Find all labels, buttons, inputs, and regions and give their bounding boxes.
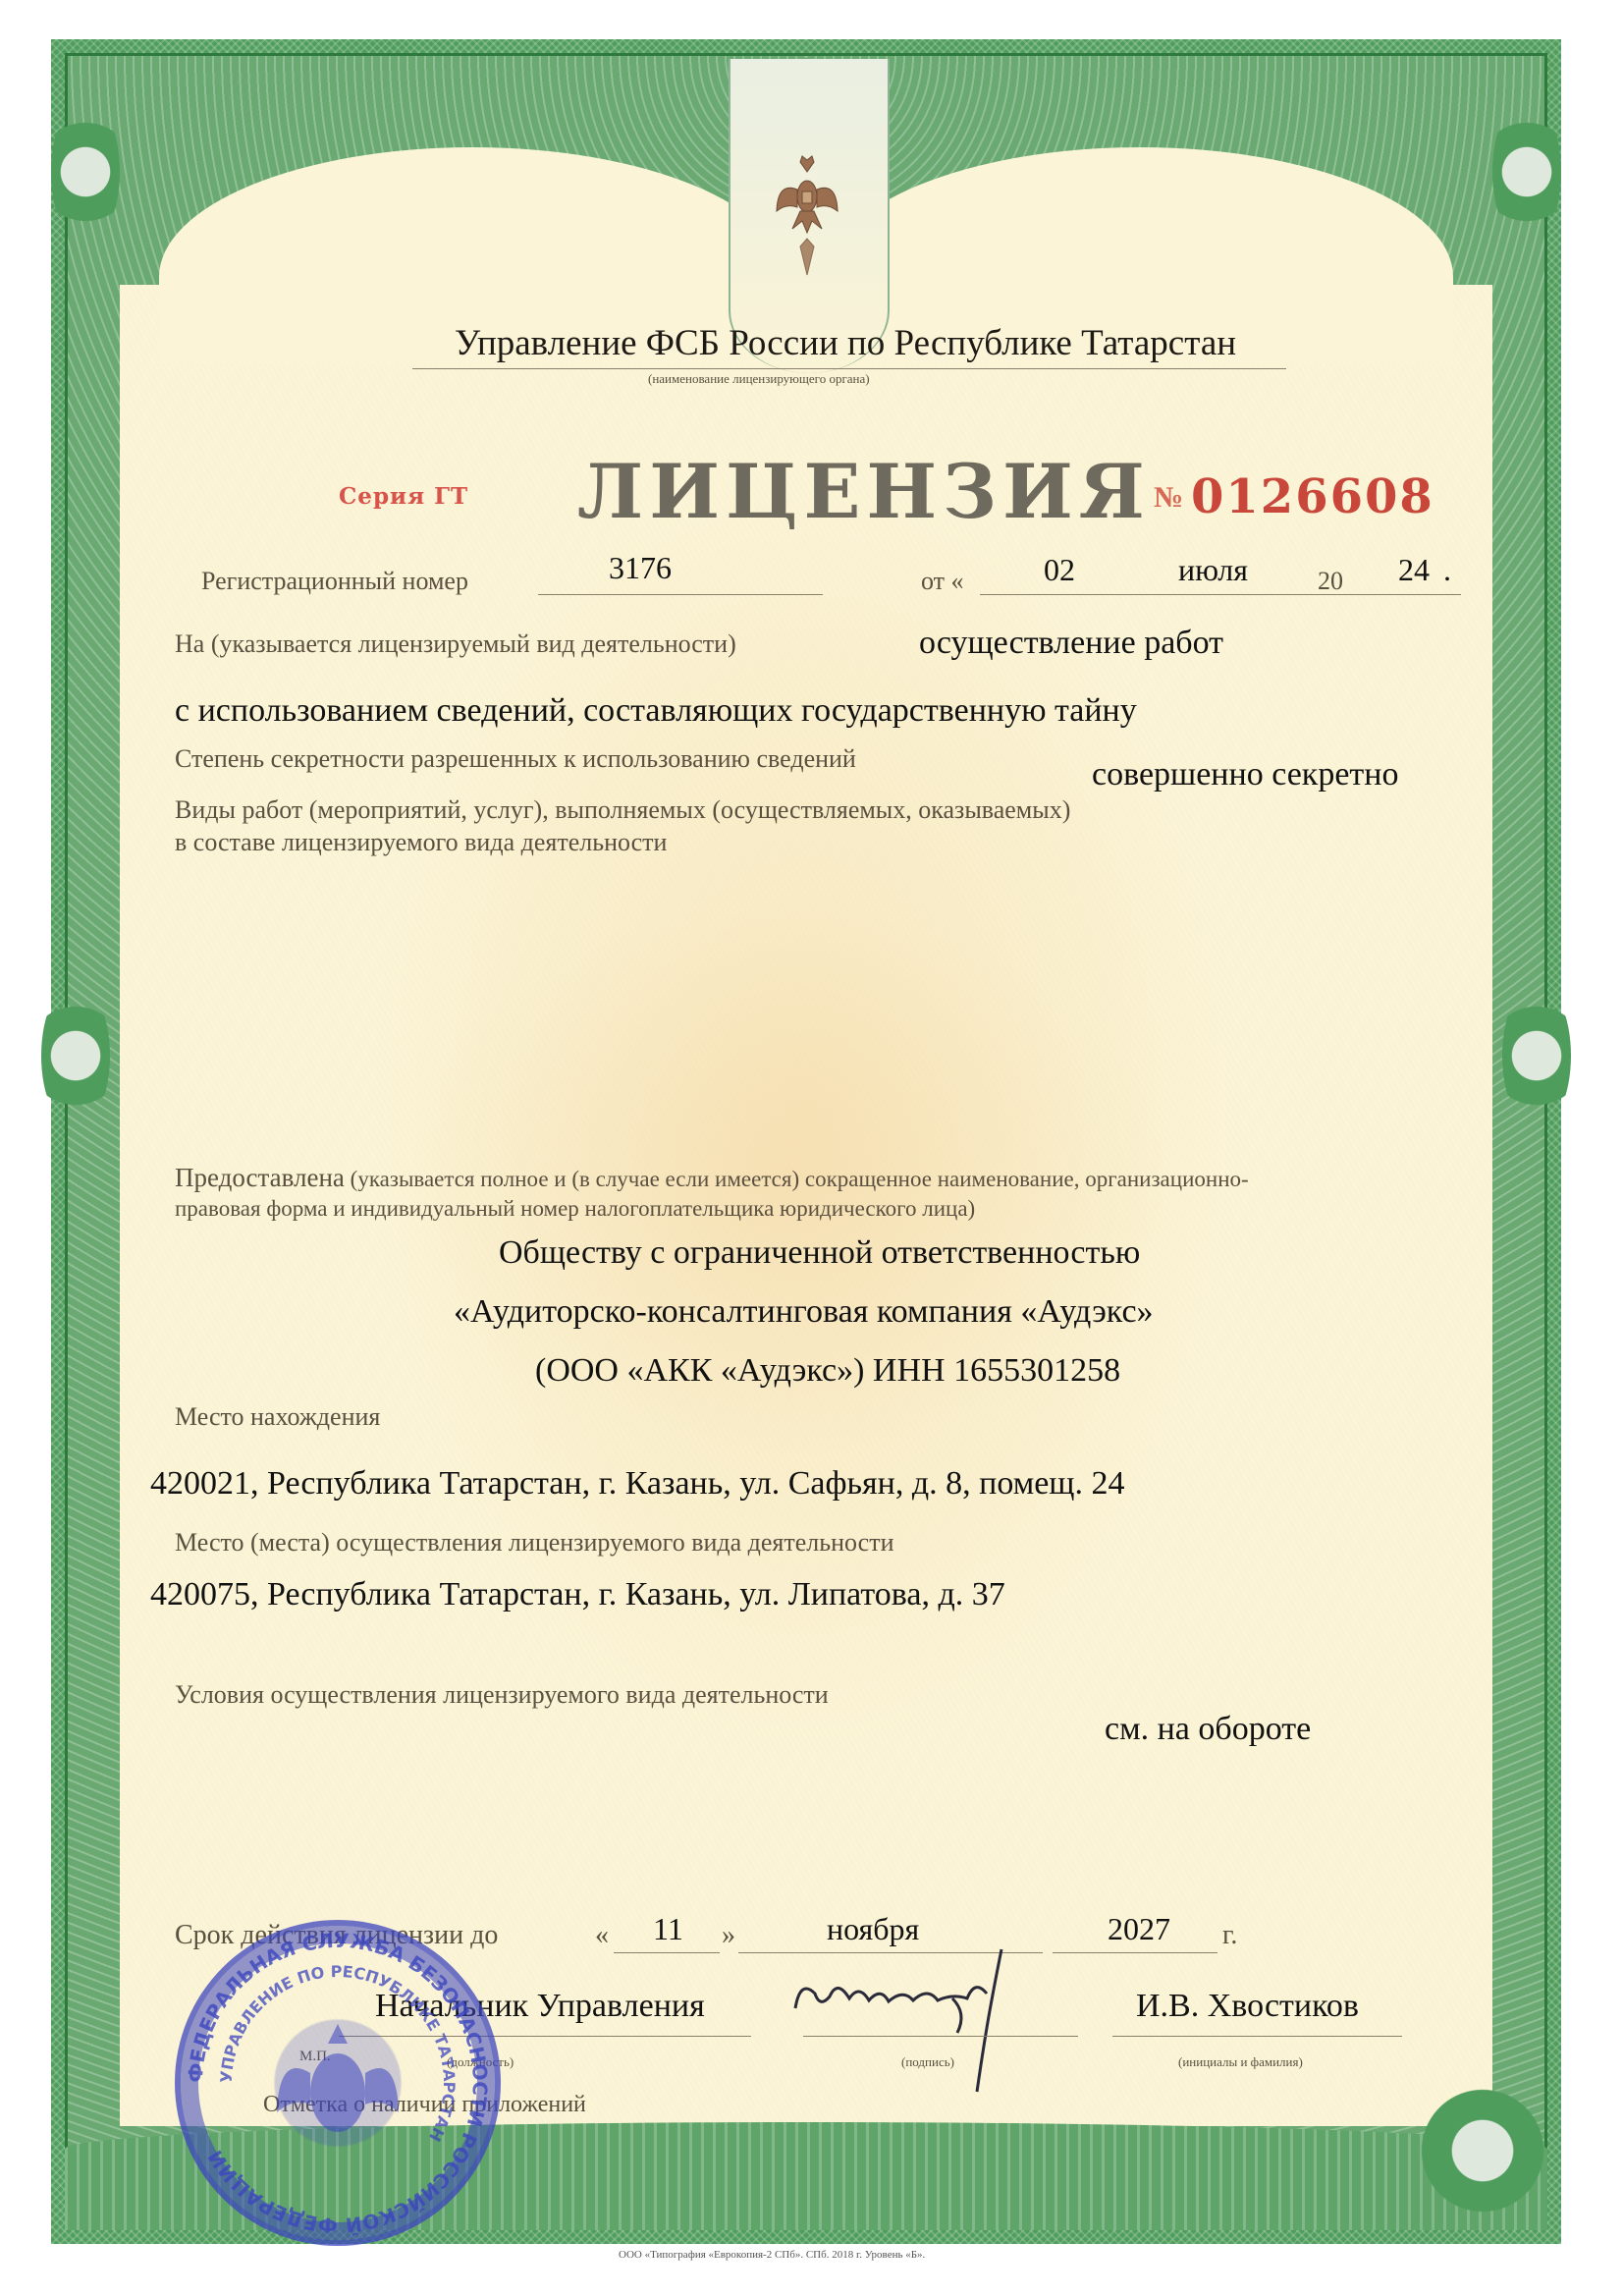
licensee-line2: «Аудиторско-консалтинговая компания «Ауд…: [454, 1293, 1154, 1331]
fill-line: [412, 368, 1286, 369]
work-types-label-line1: Виды работ (мероприятий, услуг), выполня…: [175, 795, 1070, 825]
validity-year: 2027: [1108, 1911, 1170, 1947]
secrecy-label: Степень секретности разрешенных к исполь…: [175, 744, 856, 774]
series-label: Серия ГТ: [339, 483, 468, 510]
work-types-label-line2: в составе лицензируемого вида деятельнос…: [175, 828, 667, 857]
date-prefix: от «: [921, 567, 964, 596]
validity-close-quote: »: [722, 1920, 735, 1951]
printer-imprint: ООО «Типография «Еврокопия-2 СПб». СПб. …: [619, 2249, 925, 2261]
fill-line: [980, 594, 1461, 595]
secrecy-value: совершенно секретно: [1092, 756, 1398, 793]
signature-caption: (подпись): [901, 2054, 954, 2070]
activity-label: На (указывается лицензируемый вид деятел…: [175, 629, 736, 659]
registration-year: 24: [1398, 552, 1430, 588]
validity-suffix: г.: [1222, 1920, 1237, 1951]
eagle-emblem-icon: [773, 152, 841, 280]
license-number: 0126608: [1191, 469, 1434, 524]
date-end: .: [1443, 552, 1451, 588]
signatory-name: И.В. Хвостиков: [1136, 1988, 1359, 2025]
conditions-value: см. на обороте: [1105, 1711, 1311, 1748]
rosette-ornament: [1492, 98, 1561, 246]
registration-label: Регистрационный номер: [201, 567, 468, 596]
year-prefix: 20: [1318, 567, 1343, 596]
rosette-ornament: [51, 98, 120, 246]
seal-eagle-icon: ФЕДЕРАЛЬНАЯ СЛУЖБА БЕЗОПАСНОСТИ РОССИЙСК…: [181, 1926, 495, 2240]
licensee-line1: Обществу с ограниченной ответственностью: [499, 1234, 1140, 1272]
document-title: ЛИЦЕНЗИЯ: [577, 448, 1151, 535]
fill-line: [614, 1952, 720, 1953]
issuing-authority: Управление ФСБ России по Республике Тата…: [455, 322, 1236, 364]
official-seal: ФЕДЕРАЛЬНАЯ СЛУЖБА БЕЗОПАСНОСТИ РОССИЙСК…: [175, 1920, 501, 2246]
registration-day: 02: [1044, 552, 1075, 588]
validity-day: 11: [653, 1911, 683, 1947]
fill-line: [803, 2036, 1078, 2037]
location-label: Место нахождения: [175, 1402, 380, 1432]
fill-line: [538, 594, 823, 595]
activity-value-line2: с использованием сведений, составляющих …: [175, 692, 1137, 730]
registration-number: 3176: [609, 550, 672, 586]
activity-location-value: 420075, Республика Татарстан, г. Казань,…: [150, 1576, 1005, 1613]
conditions-label: Условия осуществления лицензируемого вид…: [175, 1680, 829, 1710]
granted-to-label-bold: Предоставлена: [175, 1163, 345, 1192]
number-sign: №: [1154, 481, 1183, 515]
handwritten-signature: [790, 1940, 1085, 2097]
registration-month: июля: [1178, 552, 1248, 588]
rosette-ornament: [41, 982, 110, 1129]
location-value: 420021, Республика Татарстан, г. Казань,…: [150, 1465, 1125, 1503]
granted-to-label-line2: правовая форма и индивидуальный номер на…: [175, 1196, 975, 1222]
fill-line: [1112, 2036, 1402, 2037]
name-caption: (инициалы и фамилия): [1178, 2054, 1303, 2070]
granted-to-label-rest: (указывается полное и (в случае если име…: [345, 1167, 1249, 1191]
rosette-ornament: [1414, 2077, 1551, 2224]
granted-to-label-line1: Предоставлена (указывается полное и (в с…: [175, 1163, 1249, 1193]
licensee-line3: (ООО «АКК «Аудэкс») ИНН 1655301258: [535, 1352, 1120, 1390]
rosette-ornament: [1502, 982, 1571, 1129]
validity-open-quote: «: [595, 1920, 609, 1951]
issuing-authority-caption: (наименование лицензирующего органа): [648, 371, 870, 387]
activity-value-line1: осуществление работ: [919, 625, 1223, 662]
activity-location-label: Место (места) осуществления лицензируемо…: [175, 1528, 894, 1558]
